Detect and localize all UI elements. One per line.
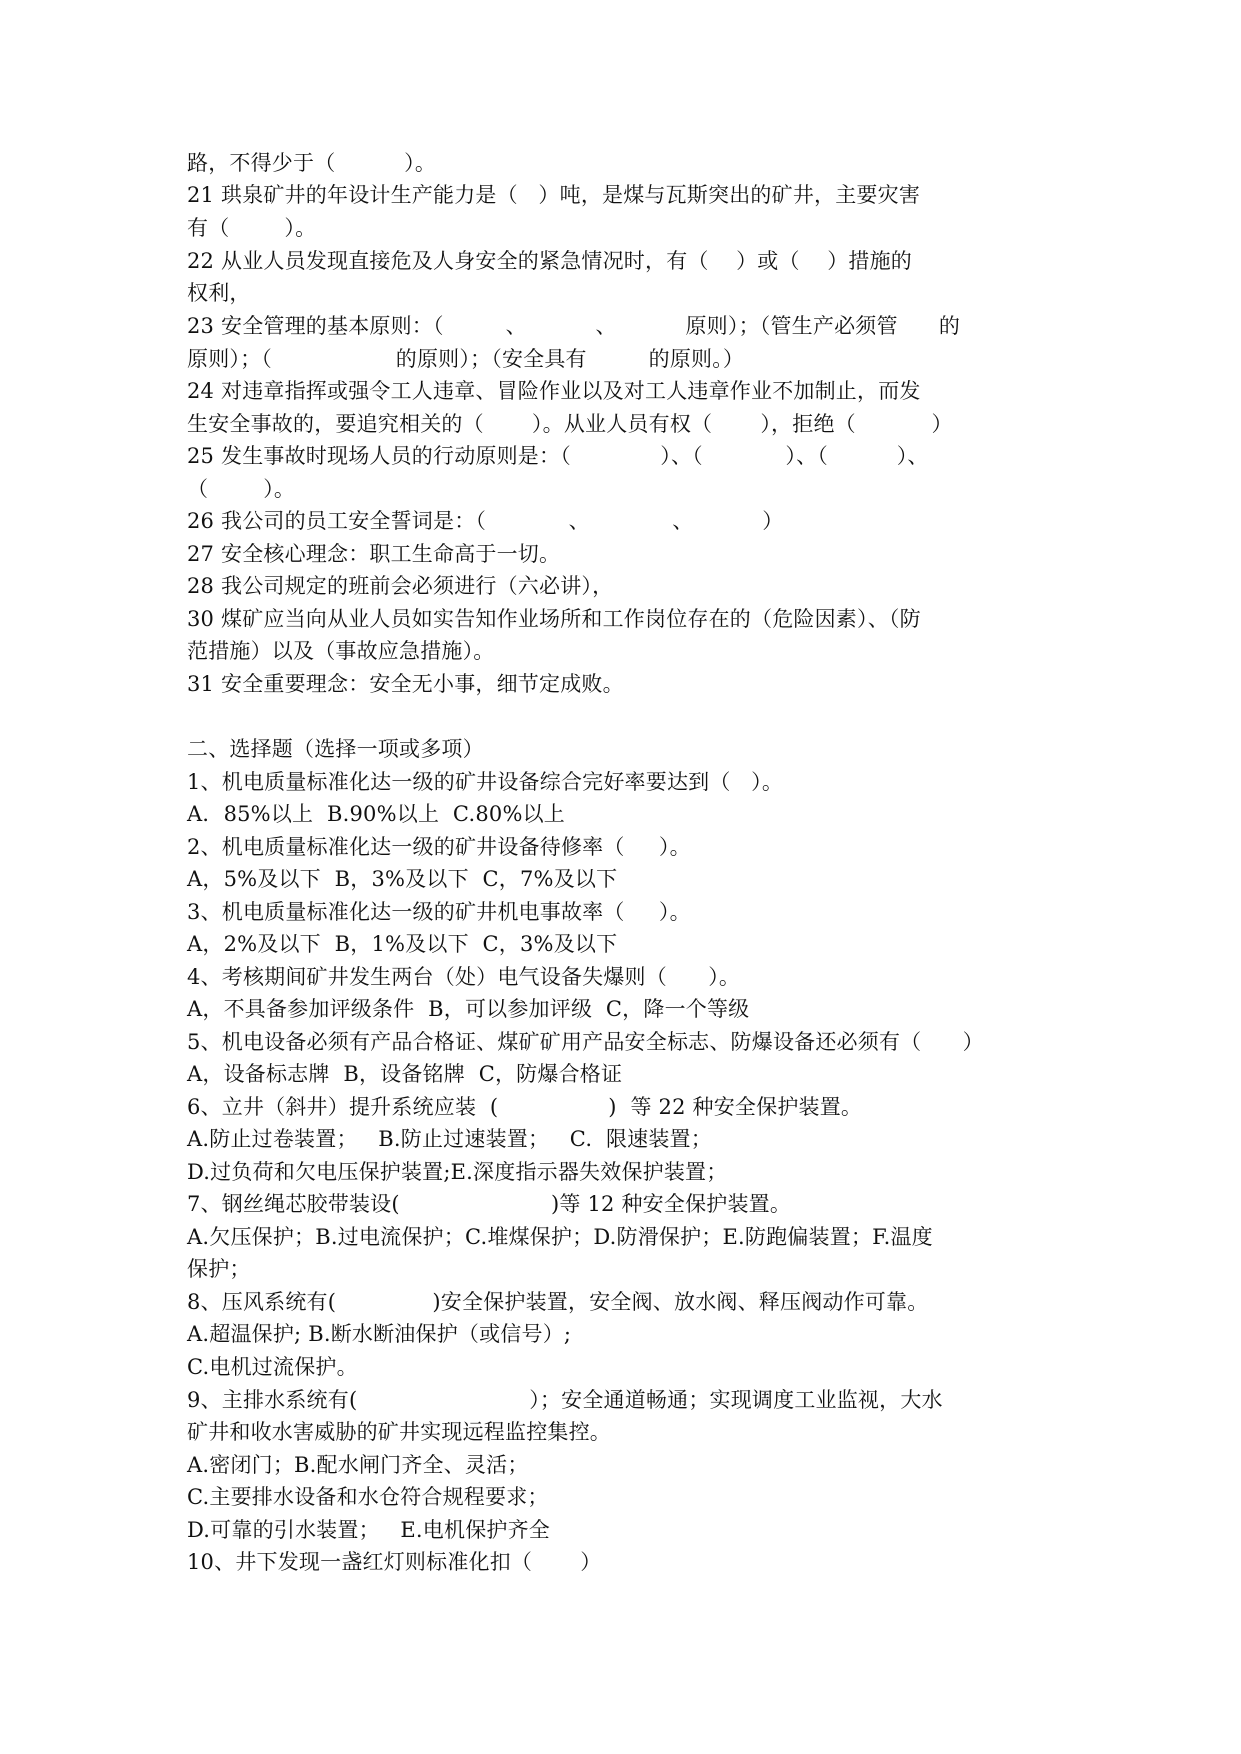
mc-question-10: 10、井下发现一盏红灯则标准化扣（ ） [187,1548,601,1576]
mc-question-7: 7、钢丝绳芯胶带装设( )等 12 种安全保护装置。 [187,1190,791,1218]
mc-question-1-options: A．85%以上 B.90%以上 C.80%以上 [187,800,565,828]
mc-question-2-options: A，5%及以下 B，3%及以下 C，7%及以下 [187,865,617,893]
question-21: 21 珙泉矿井的年设计生产能力是（ ）吨，是煤与瓦斯突出的矿井，主要灾害 [187,181,920,209]
question-28: 28 我公司规定的班前会必须进行（六必讲）， [187,572,613,600]
question-30: 30 煤矿应当向从业人员如实告知作业场所和工作岗位存在的（危险因素）、（防 [187,605,921,633]
question-25: 25 发生事故时现场人员的行动原则是：（ ）、（ ）、（ ）、 [187,442,929,470]
mc-question-8: 8、压风系统有( )安全保护装置，安全阀、放水阀、释压阀动作可靠。 [187,1288,928,1316]
mc-question-1: 1、机电质量标准化达一级的矿井设备综合完好率要达到（ ）。 [187,768,783,796]
mc-question-6-options-a-c: A.防止过卷装置； B.防止过速装置； C. 限速装置； [187,1125,712,1153]
mc-question-8-options-a-b: A.超温保护; B.断水断油保护（或信号）; [187,1320,571,1348]
mc-question-4-options: A，不具备参加评级条件 B，可以参加评级 C，降一个等级 [187,995,749,1023]
question-31: 31 安全重要理念：安全无小事，细节定成败。 [187,670,624,698]
question-26: 26 我公司的员工安全誓词是：（ 、 、 ） [187,507,783,535]
question-27: 27 安全核心理念：职工生命高于一切。 [187,540,560,568]
document-page: 路，不得少于（ ）。 21 珙泉矿井的年设计生产能力是（ ）吨，是煤与瓦斯突出的… [0,0,1241,1754]
question-24: 24 对违章指挥或强令工人违章、冒险作业以及对工人违章作业不加制止，而发 [187,377,921,405]
question-23: 23 安全管理的基本原则：（ 、 、 原则）；（管生产必须管 的 [187,312,960,340]
mc-question-7-options-continuation: 保护； [187,1255,251,1283]
question-24-continuation: 生安全事故的，要追究相关的（ ）。从业人员有权（ ），拒绝（ ） [187,410,953,438]
question-21-continuation: 有（ ）。 [187,214,316,242]
question-22-continuation: 权利， [187,279,251,307]
mc-question-2: 2、机电质量标准化达一级的矿井设备待修率（ ）。 [187,833,691,861]
mc-question-9-options-d-e: D.可靠的引水装置； E.电机保护齐全 [187,1516,550,1544]
question-30-continuation: 范措施）以及（事故应急措施）。 [187,637,495,665]
mc-question-3-options: A，2%及以下 B，1%及以下 C，3%及以下 [187,930,617,958]
mc-question-7-options: A.欠压保护；B.过电流保护；C.堆煤保护；D.防滑保护；E.防跑偏装置；F.温… [187,1223,933,1251]
mc-question-3: 3、机电质量标准化达一级的矿井机电事故率（ ）。 [187,898,691,926]
mc-question-5-options: A，设备标志牌 B，设备铭牌 C，防爆合格证 [187,1060,622,1088]
question-25-continuation: （ ）。 [187,475,295,503]
mc-question-6: 6、立井（斜井）提升系统应装 ( ) 等 22 种安全保护装置。 [187,1093,862,1121]
question-22: 22 从业人员发现直接危及人身安全的紧急情况时，有（ ）或（ ）措施的 [187,247,912,275]
question-23-continuation: 原则）；（ 的原则）；（安全具有 的原则。） [187,345,744,373]
mc-question-4: 4、考核期间矿井发生两台（处）电气设备失爆则（ ）。 [187,963,740,991]
mc-question-8-options-c: C.电机过流保护。 [187,1353,358,1381]
mc-question-9-options-a-b: A.密闭门；B.配水闸门齐全、灵活； [187,1451,529,1479]
mc-question-6-options-d-e: D.过负荷和欠电压保护装置;E.深度指示器失效保护装置； [187,1158,727,1186]
mc-question-9: 9、主排水系统有( ）；安全通道畅通；实现调度工业监视，大水 [187,1386,943,1414]
section-heading: 二、选择题（选择一项或多项） [187,735,484,763]
mc-question-5: 5、机电设备必须有产品合格证、煤矿矿用产品安全标志、防爆设备还必须有（ ） [187,1028,984,1056]
question-20-continuation: 路，不得少于（ ）。 [187,149,436,177]
mc-question-9-continuation: 矿井和收水害威胁的矿井实现远程监控集控。 [187,1418,611,1446]
mc-question-9-options-c: C.主要排水设备和水仓符合规程要求； [187,1483,549,1511]
